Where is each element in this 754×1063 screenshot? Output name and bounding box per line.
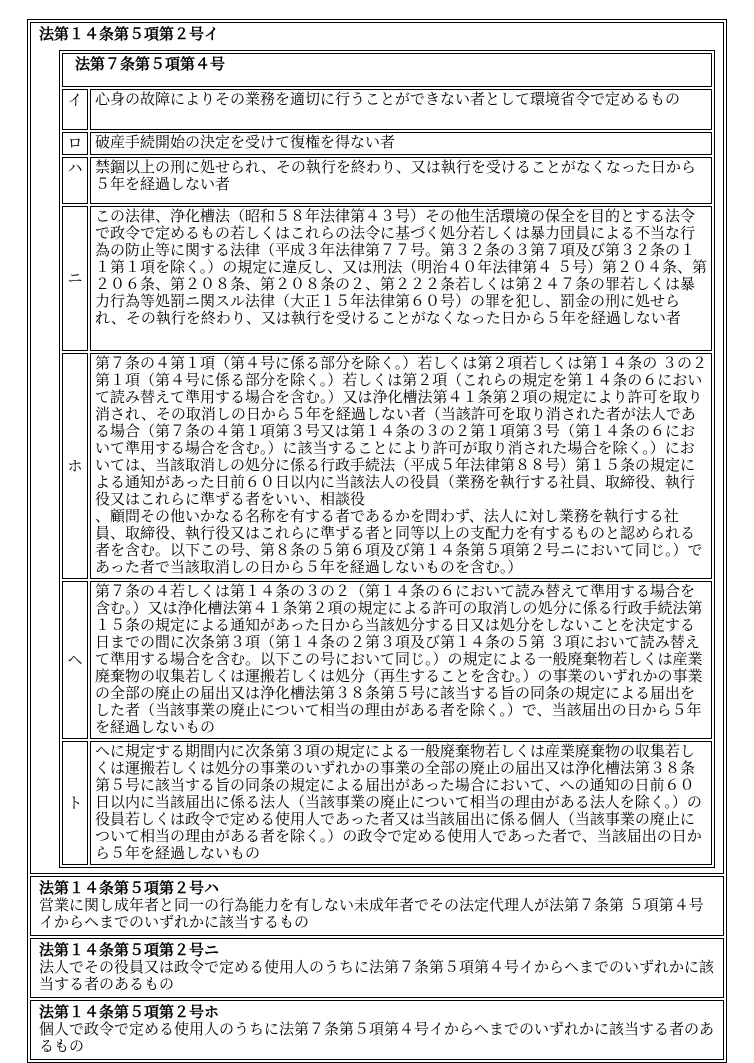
table-row: イ 心身の故障によりその業務を適切に行うことができない者として環境省令で定めるも…	[62, 89, 712, 130]
row-text-ro: 破産手続開始の決定を受けて復権を得ない者	[90, 132, 712, 155]
section-heading: 法第１４条第５項第２号ハ	[39, 880, 717, 897]
table-row: ヘ 第７条の４若しくは第１４条の３の２（第１４条の６において読み替えて準用する場…	[62, 581, 712, 739]
section-body: 営業に関し成年者と同一の行為能力を有しない未成年者でその法定代理人が法第７条第 …	[39, 897, 717, 931]
row-label-he: ヘ	[62, 581, 88, 739]
section-body: 個人で政令で定める使用人のうちに法第７条第５項第４号イからヘまでのいずれかに該当…	[39, 1021, 717, 1055]
row-text-ni: この法律、浄化槽法（昭和５８年法律第４３号）その他生活環境の保全を目的とする法令…	[90, 206, 712, 351]
section-heading: 法第１４条第５項第２号ホ	[39, 1004, 717, 1021]
row-text-i: 心身の故障によりその業務を適切に行うことができない者として環境省令で定めるもの	[90, 89, 712, 130]
article-7-5-4-table: 法第７条第５項第４号 イ 心身の故障によりその業務を適切に行うことができない者と…	[59, 50, 715, 868]
row-label-i: イ	[62, 89, 88, 130]
row-text-ha: 禁錮以上の刑に処せられ、その執行を終わり、又は執行を受けることがなくなった日から…	[90, 157, 712, 204]
row-text-to: ヘに規定する期間内に次条第３項の規定による一般廃棄物若しくは産業廃棄物の収集若し…	[90, 741, 712, 865]
law-article-table: 法第１４条第５項第２号イ 法第７条第５項第４号 イ 心身の故障によりその業務を適…	[27, 19, 727, 1063]
section-body: 法人でその役員又は政令で定める使用人のうちに法第７条第５項第４号イからヘまでのい…	[39, 959, 717, 993]
section-14-5-2-i: 法第１４条第５項第２号イ 法第７条第５項第４号 イ 心身の故障によりその業務を適…	[30, 22, 724, 874]
section-heading: 法第１４条第５項第２号イ	[39, 26, 717, 43]
section-heading: 法第１４条第５項第２号ニ	[39, 942, 717, 959]
row-label-ha: ハ	[62, 157, 88, 204]
row-label-to: ト	[62, 741, 88, 865]
row-label-ni: ニ	[62, 206, 88, 351]
legal-document: 法第１４条第５項第２号イ 法第７条第５項第４号 イ 心身の故障によりその業務を適…	[27, 0, 727, 1063]
row-label-ro: ロ	[62, 132, 88, 155]
table-row: ホ 第７条の４第１項（第４号に係る部分を除く。）若しくは第２項若しくは第１４条の…	[62, 353, 712, 579]
section-14-5-2-ho: 法第１４条第５項第２号ホ 個人で政令で定める使用人のうちに法第７条第５項第４号イ…	[30, 1000, 724, 1060]
row-label-ho: ホ	[62, 353, 88, 579]
section-14-5-2-ha: 法第１４条第５項第２号ハ 営業に関し成年者と同一の行為能力を有しない未成年者でそ…	[30, 876, 724, 936]
table-row: ロ 破産手続開始の決定を受けて復権を得ない者	[62, 132, 712, 155]
inner-table-heading: 法第７条第５項第４号	[62, 53, 712, 87]
section-14-5-2-ni: 法第１４条第５項第２号ニ 法人でその役員又は政令で定める使用人のうちに法第７条第…	[30, 938, 724, 998]
table-row: ニ この法律、浄化槽法（昭和５８年法律第４３号）その他生活環境の保全を目的とする…	[62, 206, 712, 351]
row-text-he: 第７条の４若しくは第１４条の３の２（第１４条の６において読み替えて準用する場合を…	[90, 581, 712, 739]
row-text-ho: 第７条の４第１項（第４号に係る部分を除く。）若しくは第２項若しくは第１４条の ３…	[90, 353, 712, 579]
table-row: ト ヘに規定する期間内に次条第３項の規定による一般廃棄物若しくは産業廃棄物の収集…	[62, 741, 712, 865]
table-row: ハ 禁錮以上の刑に処せられ、その執行を終わり、又は執行を受けることがなくなった日…	[62, 157, 712, 204]
